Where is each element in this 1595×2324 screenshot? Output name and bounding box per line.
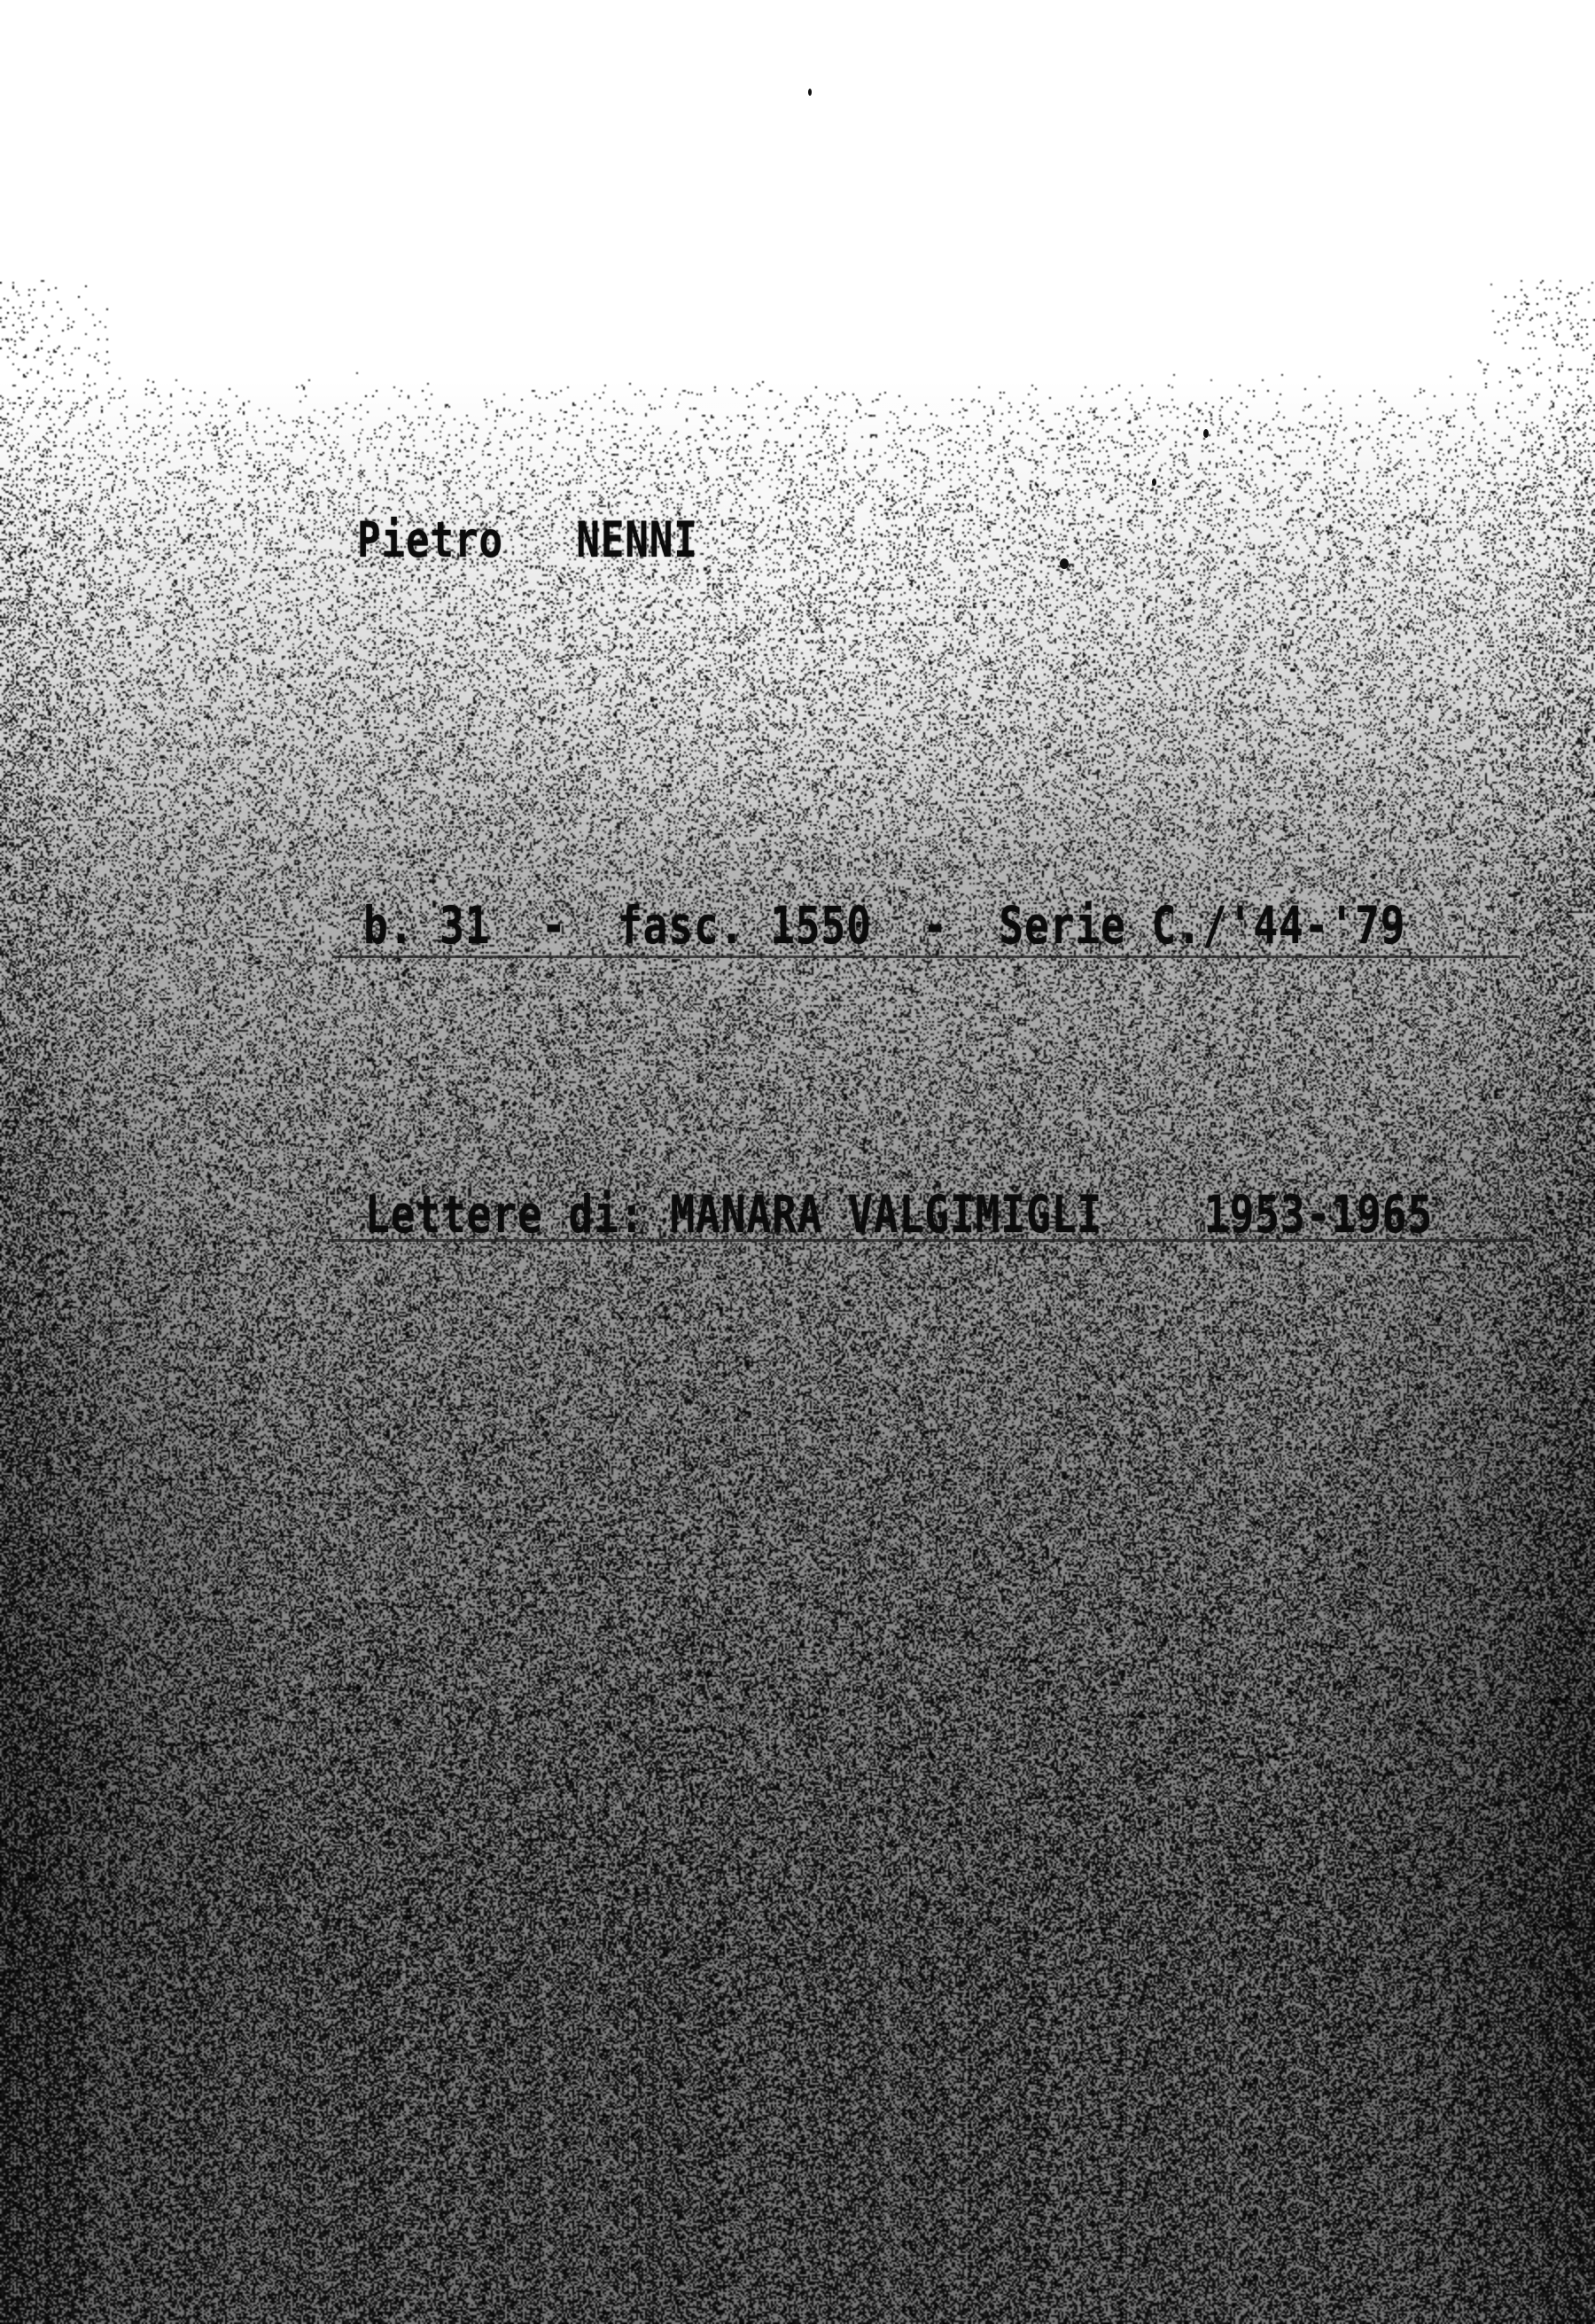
reference-underline: [332, 955, 1520, 958]
scan-speck: [808, 89, 812, 96]
archive-reference: b. 31 - fasc. 1550 - Serie C./'44-'79: [363, 895, 1405, 955]
person-name: Pietro NENNI: [357, 512, 698, 569]
correspondence-title: Lettere di: MANARA VALGIMIGLI 1953-1965: [365, 1184, 1433, 1244]
scan-noise-texture: [0, 0, 1595, 2324]
scan-speck: [1203, 429, 1209, 438]
scan-speck: [1060, 558, 1069, 569]
correspondence-underline: [328, 1239, 1533, 1242]
scan-speck: [1152, 479, 1156, 486]
